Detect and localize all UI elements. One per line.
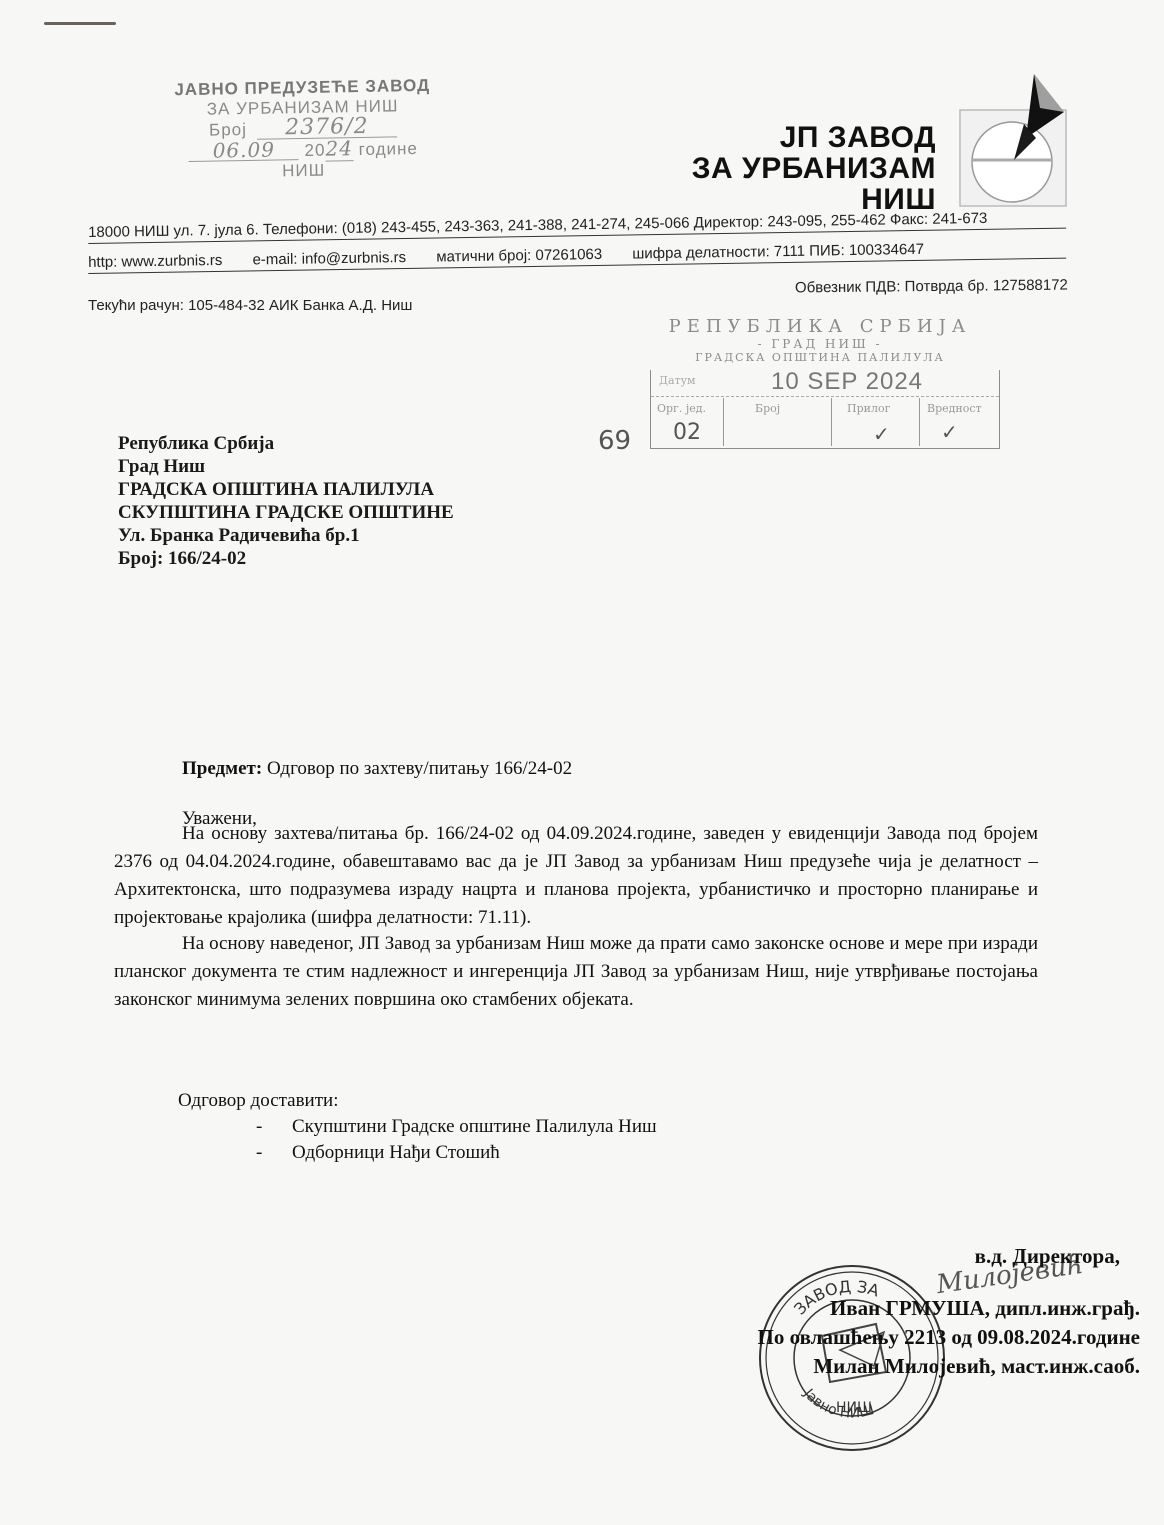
registry-year-prefix: 20: [304, 141, 325, 160]
receipt-stamp-table: Датум 10 SEP 2024 Орг. јед. Број Прилог …: [650, 370, 1000, 449]
org-name-line: ЈП ЗАВОД: [692, 122, 936, 153]
body-paragraph-1: На основу захтева/питања бр. 166/24-02 о…: [114, 820, 1038, 932]
recipient-line: Град Ниш: [118, 455, 454, 478]
activity-code-tax-id: шифра делатности: 7111 ПИБ: 100334647: [632, 241, 924, 263]
handwritten-number: 69: [598, 426, 631, 456]
receipt-date-label: Датум: [659, 374, 696, 387]
website-link[interactable]: http: www.zurbnis.rs: [88, 252, 222, 271]
receipt-col-header: Број: [755, 402, 780, 415]
receipt-date-row: Датум 10 SEP 2024: [651, 370, 999, 397]
body-paragraph-2: На основу наведеног, ЈП Завод за урбаниз…: [114, 930, 1038, 1014]
receipt-col-header: Вредност: [927, 402, 982, 415]
registry-stamp: ЈАВНО ПРЕДУЗЕЋЕ ЗАВОД ЗА УРБАНИЗАМ НИШ Б…: [147, 75, 459, 183]
receipt-col-header: Орг. јед.: [657, 402, 706, 415]
registry-year-word: године: [359, 139, 418, 159]
delivery-label: Одговор доставити:: [178, 1090, 338, 1112]
authorization-line: По овлашћењу 2213 од 09.08.2024.године: [758, 1325, 1140, 1350]
recipient-reference-number: Број: 166/24-02: [118, 547, 454, 570]
checkmark-icon: ✓: [941, 420, 958, 445]
registry-year: 24: [325, 136, 353, 161]
registration-number: матични број: 07261063: [436, 246, 602, 266]
director-name: Иван ГРМУША, дипл.инж.грађ.: [830, 1296, 1140, 1321]
delivery-list: Скупштини Градске општине Палилула Ниш О…: [256, 1114, 657, 1166]
recipient-address: Република Србија Град Ниш ГРАДСКА ОПШТИН…: [118, 432, 454, 570]
vat-info: Обвезник ПДВ: Потврда бр. 127588172: [795, 277, 1068, 297]
subject-label: Предмет:: [182, 758, 262, 779]
registry-date: 06.09: [189, 139, 299, 162]
signer-name: Милан Милојевић, маст.инж.саоб.: [813, 1354, 1140, 1379]
subject-line: Предмет: Одговор по захтеву/питању 166/2…: [182, 758, 572, 780]
document-page: ЈАВНО ПРЕДУЗЕЋЕ ЗАВОД ЗА УРБАНИЗАМ НИШ Б…: [0, 0, 1164, 1525]
receipt-stamp-line3: ГРАДСКА ОПШТИНА ПАЛИЛУЛА: [640, 351, 1000, 364]
circle-with-triangles-logo-icon: [952, 72, 1072, 212]
email-link[interactable]: e-mail: info@zurbnis.rs: [252, 249, 406, 268]
delivery-recipient: Скупштини Градске општине Палилула Ниш: [256, 1114, 657, 1140]
receipt-stamp-line2: - ГРАД НИШ -: [640, 337, 1000, 351]
receipt-date: 10 SEP 2024: [771, 368, 923, 396]
contact-phones: 18000 НИШ ул. 7. јула 6. Телефони: (018)…: [88, 210, 987, 241]
receipt-stamp-line1: РЕПУБЛИКА СРБИЈА: [640, 316, 1000, 337]
receipt-stamp: РЕПУБЛИКА СРБИЈА - ГРАД НИШ - ГРАДСКА ОП…: [640, 316, 1000, 364]
recipient-line: Република Србија: [118, 432, 454, 455]
bank-account: Текући рачун: 105-484-32 АИК Банка А.Д. …: [88, 297, 412, 314]
delivery-recipient: Одборници Нађи Стошић: [256, 1140, 657, 1166]
contact-line-web: http: www.zurbnis.rs e-mail: info@zurbni…: [88, 239, 1066, 274]
recipient-line: ГРАДСКА ОПШТИНА ПАЛИЛУЛА: [118, 478, 454, 501]
receipt-org-unit: 02: [673, 420, 701, 445]
checkmark-icon: ✓: [873, 422, 890, 447]
signature-title: в.д. Директора,: [975, 1244, 1120, 1269]
scan-mark: [44, 22, 116, 25]
contact-line-phones: 18000 НИШ ул. 7. јула 6. Телефони: (018)…: [88, 209, 1066, 244]
org-name-line: ЗА УРБАНИЗАМ: [692, 153, 936, 184]
svg-text:НИШ: НИШ: [836, 1400, 872, 1416]
recipient-line: СКУПШТИНА ГРАДСКЕ ОПШТИНЕ: [118, 501, 454, 524]
subject-text: Одговор по захтеву/питању 166/24-02: [262, 758, 572, 779]
recipient-line: Ул. Бранка Радичевића бр.1: [118, 524, 454, 547]
registry-number-label: Број: [209, 120, 247, 140]
receipt-col-header: Прилог: [847, 402, 890, 415]
org-name: ЈП ЗАВОД ЗА УРБАНИЗАМ НИШ: [692, 122, 936, 215]
